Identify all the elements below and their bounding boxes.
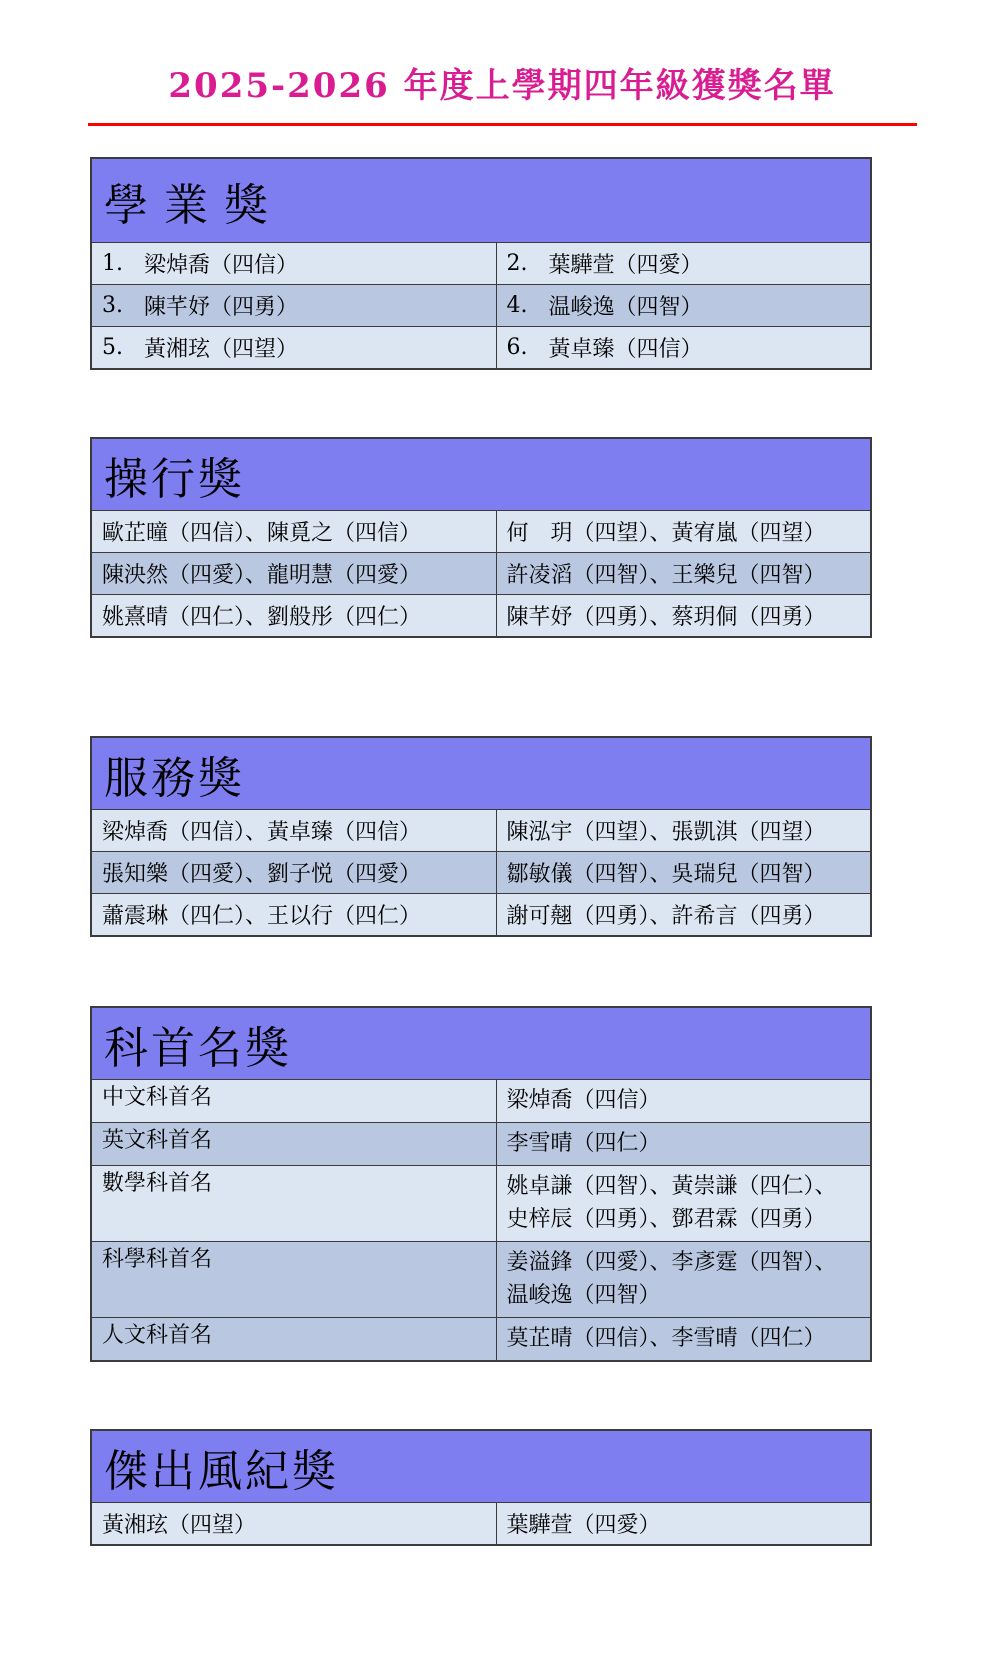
awardee-cell: 梁焯喬（四信）、黃卓臻（四信） xyxy=(92,810,497,851)
award-rank: 4. xyxy=(507,293,549,318)
subject-label: 中文科首名 xyxy=(92,1080,497,1122)
awardee-cell: 陳泱然（四愛）、龍明慧（四愛） xyxy=(92,553,497,594)
table-subject-first-award: 科首名獎 中文科首名 梁焯喬（四信） 英文科首名 李雪晴（四仁） 數學科首名 姚… xyxy=(90,1006,872,1362)
awardee-name: 黃湘玹（四望） xyxy=(144,332,298,363)
awardee-cell: 張知樂（四愛）、劉子悦（四愛） xyxy=(92,852,497,893)
section-title: 傑出風紀獎 xyxy=(92,1431,870,1503)
awardee-cell: 莫芷晴（四信）、李雪晴（四仁） xyxy=(497,1318,870,1360)
section-title: 科首名獎 xyxy=(92,1008,870,1080)
awardee-cell: 梁焯喬（四信） xyxy=(497,1080,870,1122)
table-row: 黃湘玹（四望） 葉驊萱（四愛） xyxy=(92,1503,870,1544)
table-academic-award: 學業獎 1.梁焯喬（四信） 2.葉驊萱（四愛） 3.陳芊妤（四勇） 4.温峻逸（… xyxy=(90,157,872,370)
table-service-award: 服務獎 梁焯喬（四信）、黃卓臻（四信） 陳泓宇（四望）、張凱淇（四望） 張知樂（… xyxy=(90,736,872,937)
awardee-cell: 3.陳芊妤（四勇） xyxy=(92,285,497,326)
awardee-cell: 1.梁焯喬（四信） xyxy=(92,243,497,284)
table-conduct-award: 操行獎 歐芷曈（四信）、陳覓之（四信） 何 玥（四望）、黃宥嵐（四望） 陳泱然（… xyxy=(90,437,872,638)
table-row: 蕭震琳（四仁）、王以行（四仁） 謝可翹（四勇）、許希言（四勇） xyxy=(92,893,870,935)
award-rank: 2. xyxy=(507,251,549,276)
awardee-cell: 謝可翹（四勇）、許希言（四勇） xyxy=(497,894,870,935)
awardee-cell: 2.葉驊萱（四愛） xyxy=(497,243,870,284)
table-row: 陳泱然（四愛）、龍明慧（四愛） 許凌滔（四智）、王樂兒（四智） xyxy=(92,552,870,594)
awardee-cell: 4.温峻逸（四智） xyxy=(497,285,870,326)
awardee-cell: 陳泓宇（四望）、張凱淇（四望） xyxy=(497,810,870,851)
table-row: 科學科首名 姜溢鋒（四愛）、李彥霆（四智）、 温峻逸（四智） xyxy=(92,1241,870,1317)
awardee-name: 梁焯喬（四信） xyxy=(144,248,298,279)
table-row: 姚熹晴（四仁）、劉般彤（四仁） 陳芊妤（四勇）、蔡玥侗（四勇） xyxy=(92,594,870,636)
subject-label: 英文科首名 xyxy=(92,1123,497,1165)
awardee-name: 葉驊萱（四愛） xyxy=(549,248,703,279)
document-page: 2025-2026 年度上學期四年級獲獎名單 學業獎 1.梁焯喬（四信） 2.葉… xyxy=(0,0,1004,1654)
awardee-cell: 姜溢鋒（四愛）、李彥霆（四智）、 温峻逸（四智） xyxy=(497,1242,870,1317)
subject-label: 科學科首名 xyxy=(92,1242,497,1317)
table-row: 1.梁焯喬（四信） 2.葉驊萱（四愛） xyxy=(92,243,870,284)
awardee-name: 史梓辰（四勇）、鄧君霖（四勇） xyxy=(507,1203,862,1236)
awardee-cell: 6.黃卓臻（四信） xyxy=(497,327,870,368)
awardee-cell: 5.黃湘玹（四望） xyxy=(92,327,497,368)
awardee-cell: 姚熹晴（四仁）、劉般彤（四仁） xyxy=(92,595,497,636)
awardee-cell: 何 玥（四望）、黃宥嵐（四望） xyxy=(497,511,870,552)
awardee-cell: 歐芷曈（四信）、陳覓之（四信） xyxy=(92,511,497,552)
awardee-cell: 黃湘玹（四望） xyxy=(92,1503,497,1544)
section-title: 服務獎 xyxy=(92,738,870,810)
section-title: 操行獎 xyxy=(92,439,870,511)
section-title: 學業獎 xyxy=(92,159,870,243)
award-rank: 6. xyxy=(507,335,549,360)
table-row: 張知樂（四愛）、劉子悦（四愛） 鄒敏儀（四智）、吳瑞兒（四智） xyxy=(92,851,870,893)
awardee-cell: 許凌滔（四智）、王樂兒（四智） xyxy=(497,553,870,594)
awardee-cell: 蕭震琳（四仁）、王以行（四仁） xyxy=(92,894,497,935)
page-title: 2025-2026 年度上學期四年級獲獎名單 xyxy=(0,0,1004,107)
table-row: 人文科首名 莫芷晴（四信）、李雪晴（四仁） xyxy=(92,1317,870,1360)
table-row: 英文科首名 李雪晴（四仁） xyxy=(92,1122,870,1165)
awardee-cell: 李雪晴（四仁） xyxy=(497,1123,870,1165)
awardee-name: 李雪晴（四仁） xyxy=(507,1127,661,1160)
awardee-cell: 姚卓謙（四智）、黃崇謙（四仁）、 史梓辰（四勇）、鄧君霖（四勇） xyxy=(497,1166,870,1241)
award-rank: 3. xyxy=(102,293,144,318)
award-rank: 5. xyxy=(102,335,144,360)
award-rank: 1. xyxy=(102,251,144,276)
awardee-cell: 陳芊妤（四勇）、蔡玥侗（四勇） xyxy=(497,595,870,636)
awardee-name: 陳芊妤（四勇） xyxy=(144,290,298,321)
table-row: 數學科首名 姚卓謙（四智）、黃崇謙（四仁）、 史梓辰（四勇）、鄧君霖（四勇） xyxy=(92,1165,870,1241)
awardee-name: 温峻逸（四智） xyxy=(507,1279,862,1312)
awardee-cell: 鄒敏儀（四智）、吳瑞兒（四智） xyxy=(497,852,870,893)
awardee-name: 姜溢鋒（四愛）、李彥霆（四智）、 xyxy=(507,1246,862,1279)
subject-label: 人文科首名 xyxy=(92,1318,497,1360)
awardee-name: 黃卓臻（四信） xyxy=(549,332,703,363)
table-row: 5.黃湘玹（四望） 6.黃卓臻（四信） xyxy=(92,326,870,368)
awardee-name: 温峻逸（四智） xyxy=(549,290,703,321)
awardee-name: 梁焯喬（四信） xyxy=(507,1084,661,1117)
table-outstanding-prefect-award: 傑出風紀獎 黃湘玹（四望） 葉驊萱（四愛） xyxy=(90,1429,872,1546)
awardee-cell: 葉驊萱（四愛） xyxy=(497,1503,870,1544)
table-row: 梁焯喬（四信）、黃卓臻（四信） 陳泓宇（四望）、張凱淇（四望） xyxy=(92,810,870,851)
awardee-name: 姚卓謙（四智）、黃崇謙（四仁）、 xyxy=(507,1170,862,1203)
table-row: 3.陳芊妤（四勇） 4.温峻逸（四智） xyxy=(92,284,870,326)
subject-label: 數學科首名 xyxy=(92,1166,497,1241)
table-row: 歐芷曈（四信）、陳覓之（四信） 何 玥（四望）、黃宥嵐（四望） xyxy=(92,511,870,552)
table-row: 中文科首名 梁焯喬（四信） xyxy=(92,1080,870,1122)
awardee-name: 莫芷晴（四信）、李雪晴（四仁） xyxy=(507,1322,826,1355)
title-divider xyxy=(88,123,917,126)
